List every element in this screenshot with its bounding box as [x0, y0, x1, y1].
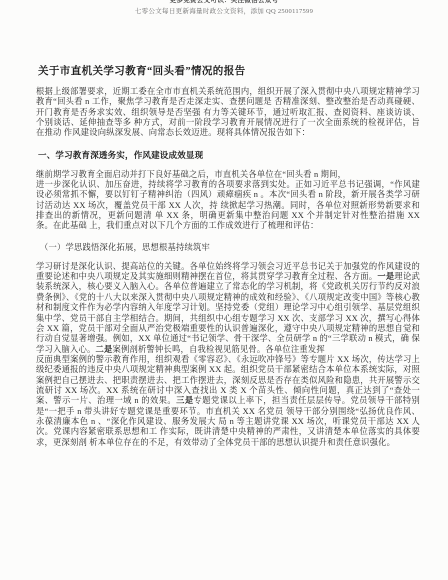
- subsection-heading-1: （一）学思践悟深化拓展，思想根基持续筑牢: [40, 241, 420, 253]
- paragraph-subsection-1: 学习研讨是深化认识、提高站位的关键。各单位始终将学习领会习近平总书记关于加强党的…: [36, 262, 420, 448]
- paragraph-section-1: 继前期学习教育全面启动并打下良好基础之后，市直机关各单位在“回头看 n 期间， …: [36, 170, 420, 232]
- watermark-line-1: 更多免费公文可以：关注微信公众号: [0, 0, 448, 5]
- paragraph-intro: 根据上级部署要求，近期工委在全市市直机关系统范围内，组织开展了深入贯彻中央八项规…: [36, 87, 420, 139]
- watermark-header: 更多免费公文可以：关注微信公众号 七零公文每日更新海量时政公文资料，添加 QQ …: [0, 0, 448, 16]
- section-heading-1: 一、学习教育深透务实，作风建设成效显现: [38, 149, 420, 161]
- document-title: 关于市直机关学习教育“回头看”情况的报告: [38, 63, 420, 78]
- watermark-line-2: 七零公文每日更新海量时政公文资料，添加 QQ 2500117599: [0, 7, 448, 16]
- document-page: 更多免费公文可以：关注微信公众号 七零公文每日更新海量时政公文资料，添加 QQ …: [0, 0, 448, 580]
